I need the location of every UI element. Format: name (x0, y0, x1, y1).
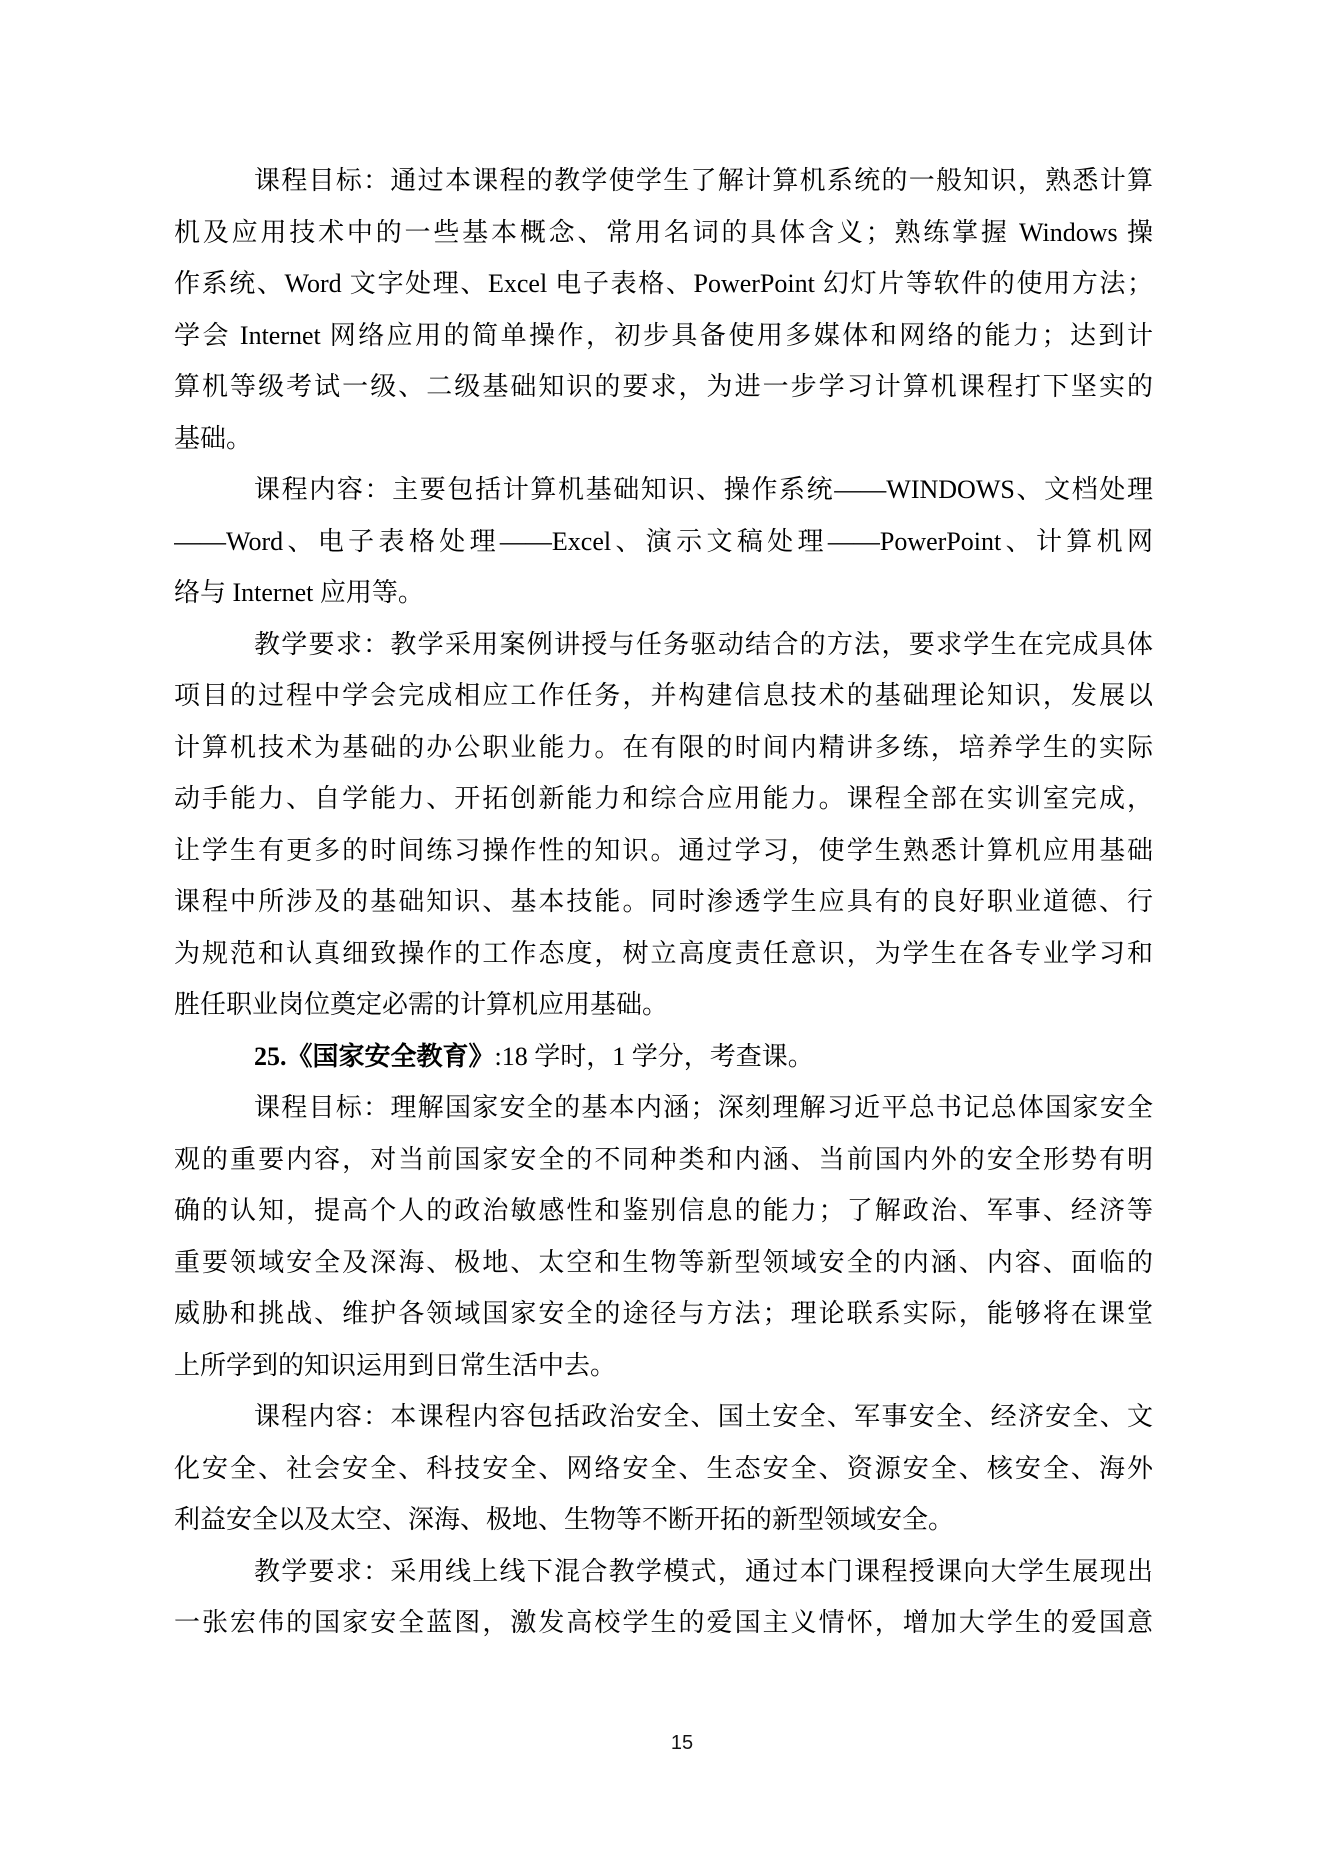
doc-line: 胜任职业岗位奠定必需的计算机应用基础。 (174, 979, 1153, 1031)
doc-line: 课程内容：本课程内容包括政治安全、国土安全、军事安全、经济安全、文 (174, 1391, 1153, 1443)
doc-line: 计算机技术为基础的办公职业能力。在有限的时间内精讲多练，培养学生的实际 (174, 722, 1153, 774)
doc-line: 化安全、社会安全、科技安全、网络安全、生态安全、资源安全、核安全、海外 (174, 1443, 1153, 1495)
doc-line: 算机等级考试一级、二级基础知识的要求，为进一步学习计算机课程打下坚实的 (174, 361, 1153, 413)
doc-line: 机及应用技术中的一些基本概念、常用名词的具体含义；熟练掌握 Windows 操 (174, 207, 1153, 259)
doc-line: 基础。 (174, 413, 1153, 465)
doc-line: ——Word、电子表格处理——Excel、演示文稿处理——PowerPoint、… (174, 516, 1153, 568)
doc-line: 为规范和认真细致操作的工作态度，树立高度责任意识，为学生在各专业学习和 (174, 928, 1153, 980)
doc-line: 动手能力、自学能力、开拓创新能力和综合应用能力。课程全部在实训室完成， (174, 773, 1153, 825)
doc-line: 课程目标：理解国家安全的基本内涵；深刻理解习近平总书记总体国家安全 (174, 1082, 1153, 1134)
page-number: 15 (658, 1729, 706, 1757)
doc-line: 利益安全以及太空、深海、极地、生物等不断开拓的新型领域安全。 (174, 1494, 1153, 1546)
doc-line: 确的认知，提高个人的政治敏感性和鉴别信息的能力；了解政治、军事、经济等 (174, 1185, 1153, 1237)
doc-line: 威胁和挑战、维护各领域国家安全的途径与方法；理论联系实际，能够将在课堂 (174, 1288, 1153, 1340)
doc-line: 重要领域安全及深海、极地、太空和生物等新型领域安全的内涵、内容、面临的 (174, 1237, 1153, 1289)
doc-line: 观的重要内容，对当前国家安全的不同种类和内涵、当前国内外的安全形势有明 (174, 1134, 1153, 1186)
course-heading-title: 25.《国家安全教育》 (254, 1042, 495, 1071)
doc-line: 教学要求：采用线上线下混合教学模式，通过本门课程授课向大学生展现出 (174, 1546, 1153, 1598)
course-heading-meta: :18 学时，1 学分，考查课。 (495, 1042, 814, 1071)
doc-line: 学会 Internet 网络应用的简单操作，初步具备使用多媒体和网络的能力；达到… (174, 310, 1153, 362)
doc-line: 让学生有更多的时间练习操作性的知识。通过学习，使学生熟悉计算机应用基础 (174, 825, 1153, 877)
doc-line: 课程中所涉及的基础知识、基本技能。同时渗透学生应具有的良好职业道德、行 (174, 876, 1153, 928)
doc-line: 课程内容：主要包括计算机基础知识、操作系统——WINDOWS、文档处理 (174, 464, 1153, 516)
doc-line: 络与 Internet 应用等。 (174, 567, 1153, 619)
doc-line: 课程目标：通过本课程的教学使学生了解计算机系统的一般知识，熟悉计算 (174, 155, 1153, 207)
doc-line: 一张宏伟的国家安全蓝图，激发高校学生的爱国主义情怀，增加大学生的爱国意 (174, 1597, 1153, 1649)
document-text: 课程目标：通过本课程的教学使学生了解计算机系统的一般知识，熟悉计算 机及应用技术… (174, 155, 1153, 1649)
doc-line: 项目的过程中学会完成相应工作任务，并构建信息技术的基础理论知识，发展以 (174, 670, 1153, 722)
doc-line: 上所学到的知识运用到日常生活中去。 (174, 1340, 1153, 1392)
course-heading: 25.《国家安全教育》:18 学时，1 学分，考查课。 (174, 1031, 1153, 1083)
doc-line: 作系统、Word 文字处理、Excel 电子表格、PowerPoint 幻灯片等… (174, 258, 1153, 310)
document-page: 课程目标：通过本课程的教学使学生了解计算机系统的一般知识，熟悉计算 机及应用技术… (0, 0, 1323, 1871)
doc-line: 教学要求：教学采用案例讲授与任务驱动结合的方法，要求学生在完成具体 (174, 619, 1153, 671)
